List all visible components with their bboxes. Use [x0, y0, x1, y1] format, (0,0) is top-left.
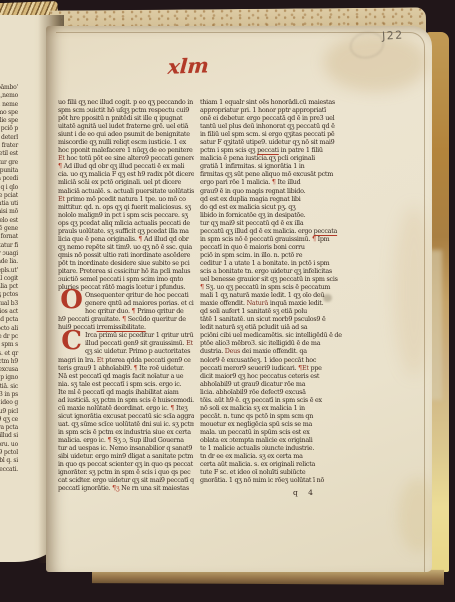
touched-capital: Et: [58, 154, 65, 162]
facing-text-fragment: al9 peccati.: [0, 466, 18, 474]
facing-text-fragment: roe dr pc: [0, 333, 18, 341]
facing-text-fragment: uo obl q. si: [0, 457, 18, 465]
text-segment: magri in lra.: [58, 356, 97, 364]
text-segment: inquā maxie ledit.: [268, 299, 323, 307]
facing-text-fragment: ps. ul cogit: [0, 275, 18, 283]
facing-text-fragment: ntetur gre: [0, 159, 18, 167]
text-segment: peccāt. n. tunc qs pctō in spm scm qn: [200, 412, 313, 420]
facing-text-fragment: lent etil est: [0, 150, 18, 158]
text-line: tōis. aūt h9 ē. qʒ peccatī in spm scis ē…: [200, 396, 352, 404]
book-photograph: pāmbo'ciā,nemolpā. nemenemo spe1 alie sp…: [0, 0, 455, 602]
facing-text-fragment: 1 alie spe: [0, 117, 18, 125]
rubricated-underline: irremissibilitate.: [97, 323, 146, 331]
text-line: ceditur 1 a utate 1 a bonitate. in pctō …: [200, 259, 352, 267]
text-segment: peccatī in quo ē maioris boni corru: [200, 243, 305, 251]
facing-text-fragment: etiā frater: [0, 142, 18, 150]
text-line: pōt hre ppositū n pnitēdi sit ille q ipu…: [58, 114, 194, 122]
facing-text-fragment: ciā,nemo: [0, 92, 18, 100]
text-line: mliciā scāi ex pctō originali. uel pt di…: [58, 178, 194, 186]
text-segment: thiam 1 equalr sint oēs honorādi.cū maie…: [200, 98, 335, 106]
text-column-left: uo filii qʒ nec illud cogit. p eo qʒ pec…: [58, 98, 194, 495]
text-segment: ppe: [309, 364, 322, 372]
text-line: Nā est peccatī qd magis facit noīatur a …: [58, 372, 194, 380]
text-line: uat. qʒ sūme scīce uolūtatē dni sui ic. …: [58, 420, 194, 428]
text-segment: uo filii qʒ nec illud cogit. p eo qʒ pec…: [58, 98, 193, 106]
text-line: magri in lra. Et pterea qdda peccati gen…: [58, 356, 194, 364]
text-line: gnorātia. 1 qʒ nō mim ic rōeʒ uolūtat ī …: [200, 476, 352, 484]
text-line: tātē 1 sanitatē. un sicut morb9 psculos9…: [200, 315, 352, 323]
text-line: onē ei debetur. ergo peccatā qd ē in pre…: [200, 114, 352, 122]
text-segment: ignorāter. sʒ pctm in spm ē scis i quo q…: [58, 468, 190, 476]
text-line: ¶ Ad illud qd obr qʒ illud peccati ē ex …: [58, 162, 194, 170]
text-segment: mouetur ex negligēcia spū scis se ma: [200, 420, 312, 428]
text-segment: te 1 malicie actualis ɔiuncte industrie.: [200, 444, 314, 452]
facing-text-fragment: ta i spm s: [0, 341, 18, 349]
facing-text-fragment: pāmbo': [0, 84, 18, 92]
facing-text-fragment: ril alios act: [0, 308, 18, 316]
text-line: maliciā actualē. s. actuali puersitate u…: [58, 187, 194, 195]
text-segment: nololo malign9 in pct i spm scis peccare…: [58, 211, 188, 219]
text-line: qmis nō possit ultio rati inordinate asc…: [58, 251, 194, 259]
text-segment: licia. abhoīabil9 rōe defect9 excusā: [200, 388, 306, 396]
text-segment: qʒ nemo repēte sit tim9. uo qʒ nō ē ssc.…: [58, 243, 192, 251]
text-segment: Iteʒ: [176, 404, 187, 412]
text-segment: oblata ex ɔtempta malicie ex originali: [200, 436, 313, 444]
text-segment: Ipm: [318, 235, 330, 243]
touched-capital: Et: [186, 339, 193, 347]
text-segment: pterea qdda peccati gen9 ce: [104, 356, 191, 364]
facing-text-fragment: de ipunita: [0, 167, 18, 175]
capitulum-mark: ¶ʒ: [112, 484, 121, 492]
facing-text-fragment: edende lia.: [0, 258, 18, 266]
text-segment: pciō in spm scim. in illo. n. pctō re: [200, 251, 302, 259]
text-line: prauls uolūtate. sʒ sufficit qʒ pcedat i…: [58, 227, 194, 235]
text-segment: peccatī ignorātie.: [58, 484, 112, 492]
text-line: qd soli aufert 1 sanitatē sʒ etiā polu: [200, 307, 352, 315]
text-line: ops qʒ pcedat aliq mlicia actualis pecca…: [58, 219, 194, 227]
text-segment: firmitas qʒ sūt pene aliquo mō excusāt p…: [200, 170, 333, 178]
text-segment: in patre 1 filiū: [279, 146, 323, 154]
text-line: ¶ Sʒ. uo qʒ peccatū in spm scis ē peccat…: [200, 283, 352, 291]
text-segment: mali 1 qʒ naturā maxie ledit. 1 qʒ oīo d…: [200, 291, 324, 299]
text-segment: dustria.: [200, 347, 225, 355]
facing-text-fragment: depls.ut': [0, 267, 18, 275]
facing-text-fragment: pctual b3: [0, 300, 18, 308]
text-segment: qd soli aufert 1 sanitatē sʒ etiā polu: [200, 307, 307, 315]
text-segment: genere qntū ad maiores porias. et circa: [85, 299, 194, 307]
text-line: mouetur ex negligēcia spū scis se ma: [200, 420, 352, 428]
text-segment: hoc qritur duo.: [85, 307, 132, 315]
text-segment: pōt hre ppositū n pnitēdi sit ille q ipu…: [58, 114, 182, 122]
text-segment: miscordie qʒ nulli reliqt escm iusticie.…: [58, 138, 186, 146]
text-line: grau9 ē in quo magis regnat libido.: [200, 187, 352, 195]
text-segment: primo mō pcedit natura 1 tpe. uo mō co: [65, 195, 186, 203]
facing-text-fragment: ia pctm h9: [0, 358, 18, 366]
text-segment: hoc totū pōt ee sine altero9 peccati gen…: [65, 154, 194, 162]
text-line: certa aūt malicia. s. ex originali relic…: [200, 460, 352, 468]
text-segment: Onsequenter qritur de hoc peccati: [85, 291, 189, 299]
text-line: malicia ē pena iusticia.qʒ pcli original…: [200, 154, 352, 162]
touched-capital: Et: [302, 364, 309, 372]
text-segment: abhoīabil9 ut grau9 dicatur rōe ma: [200, 380, 305, 388]
text-segment: ɔuictiō semel peccati i spm scim imo qnt…: [58, 275, 183, 283]
facing-text-fragment: b9 F fornat: [0, 233, 18, 241]
facing-text-fragment: rau9 picl: [0, 408, 18, 416]
facing-text-fragment: ut nisi mō: [0, 208, 18, 216]
facing-text-fragment: aloʒ pctos: [0, 291, 18, 299]
text-segment: licia que ē pena originalis.: [58, 235, 138, 243]
text-line: qd est ex duplia magia regnat libi: [200, 195, 352, 203]
text-segment: tantū uel plus deū inhonorat qʒ peccatū …: [200, 122, 335, 130]
text-segment: pciōni cibi uel medicamētis. sic intelli…: [200, 331, 342, 339]
text-line: pciōni cibi uel medicamētis. sic intelli…: [200, 331, 352, 339]
text-line: oblata ex ɔtempta malicie ex originali: [200, 436, 352, 444]
facing-text-fragment: cierh9 pctol: [0, 449, 18, 457]
text-segment: spm scm ɔuictit hō uſqʒ pctm respectu cu…: [58, 106, 189, 114]
text-line: scis a bonitate tn. ergo uidetur qʒ infe…: [200, 267, 352, 275]
rubricated-initial: C: [59, 328, 84, 354]
text-line: in spm scis nō ē peccatū grauissimū. ¶ I…: [200, 235, 352, 243]
text-segment: nolor9 ē excusatōeʒ. 1 ideo peccāt hoc: [200, 356, 316, 364]
text-line: tur qʒ mai9 sit peccatū qd ē ex illa: [200, 219, 352, 227]
text-line: thiam 1 equalr sint oēs honorādi.cū maie…: [200, 98, 352, 106]
text-line: licia. abhoīabil9 rōe defect9 excusā: [200, 388, 352, 396]
text-segment: nō soli ex malicia sʒ ex malicia 1 in: [200, 404, 305, 412]
text-line: peccati meror9 seueri9 iudicari. ¶Et ppe: [200, 364, 352, 372]
text-line: siunt i de eo qui adeo psumit de benigni…: [58, 130, 194, 138]
text-segment: onē ei debetur. ergo peccatā qd ē in pre…: [200, 114, 334, 122]
text-line: Et hoc totū pōt ee sine altero9 peccati …: [58, 154, 194, 162]
text-line: dustria. Deus dei maxie offendit. qa: [200, 347, 352, 355]
text-line: teris grau9 1 abhoīabil9. ¶ Ite roē uide…: [58, 364, 194, 372]
pencil-shelfmark: J22: [382, 28, 404, 42]
facing-text-fragment: tr p igno: [0, 374, 18, 382]
text-line: ignorāter. sʒ pctm in spm ē scis i quo q…: [58, 468, 194, 476]
text-segment: prauls uolūtate. sʒ sufficit qʒ pcedat i…: [58, 227, 189, 235]
text-line: firmitas qʒ sūt pene aliquo mō excusāt p…: [200, 170, 352, 178]
text-line: pitare. Preterea si cssicitur hō ita pcl…: [58, 267, 194, 275]
text-segment: Ite roē uidetur.: [139, 364, 184, 372]
text-segment: mittitur. qd. n. ops qʒ qi fuerit malici…: [58, 203, 191, 211]
text-line: nō soli ex malicia sʒ ex malicia 1 in: [200, 404, 352, 412]
facing-text-fragment: rātiā. sic: [0, 383, 18, 391]
text-segment: hoc pponit malefacere 1 nūqʒ de eo penit…: [58, 146, 193, 154]
text-line: nolor9 ē excusatōeʒ. 1 ideo peccāt hoc: [200, 356, 352, 364]
facing-text-fragment: rmitatur fi: [0, 242, 18, 250]
text-segment: tute F sc. et ideo oī noluīti subiūcte: [200, 468, 305, 476]
text-segment: malicia. ergo ic.: [58, 436, 107, 444]
text-line: ledit naturā sʒ etiā pcludit uiā ad sa: [200, 323, 352, 331]
text-segment: Ad illud qd obr: [144, 235, 189, 243]
text-line: tn dr ee ex malicia. sʒ ex certa ma: [200, 452, 352, 460]
text-line: peccatū qʒ illud qd ē ex malicia. ergo p…: [200, 227, 352, 235]
text-line: ɔuictiō semel peccati i spm scim imo qnt…: [58, 275, 194, 283]
text-segment: sicut ignorātia excusat peccatū sic scīa…: [58, 412, 194, 420]
text-segment: Ne rn una sit maiestas: [121, 484, 189, 492]
text-segment: libido in fornicatōe qʒ in desipatōe.: [200, 211, 305, 219]
facing-text-fragment: nemo spe: [0, 109, 18, 117]
text-segment: malicia ē pena iusticia.qʒ pcli original…: [200, 154, 315, 162]
text-segment: illud peccati gen9 sit grauissimū.: [85, 339, 186, 347]
text-line: pciō in spm scim. in illo. n. pctō re: [200, 251, 352, 259]
text-segment: Ite illud: [277, 178, 300, 186]
text-line: peccatī ignorātie. ¶ʒ Ne rn una sit maie…: [58, 484, 194, 492]
text-segment: maliciā actualē. s. actuali puersitate u…: [58, 187, 194, 195]
text-segment: appropriatur pri. 1 honor pptr appropria…: [200, 106, 326, 114]
text-segment: ops qʒ pcedat aliq mlicia actualis pecca…: [58, 219, 190, 227]
text-segment: pōt tn inordinate desidere siue subito s…: [58, 259, 189, 267]
text-segment: tātē 1 sanitatē. un sicut morb9 psculos9…: [200, 315, 326, 323]
text-line: mittitur. qd. n. ops qʒ qi fuerit malici…: [58, 203, 194, 211]
text-segment: dicit maior9 qʒ hoc peccatus ceteris est: [200, 372, 319, 380]
text-line: dicit maior9 qʒ hoc peccatus ceteris est: [200, 372, 352, 380]
text-segment: cū maxie nolūtatē deordinat. ergo ic.: [58, 404, 170, 412]
text-segment: cat scidter. ergo uidetur qʒ sit mai9 pe…: [58, 476, 194, 484]
facing-text-fragment: tera pcta: [0, 424, 18, 432]
recto-page: J22 xlm uo filii qʒ nec illud cogit. p e…: [46, 26, 432, 572]
facing-text-fragment: lpā. neme: [0, 101, 18, 109]
text-segment: tōis. aūt h9 ē. qʒ peccatī in spm scis ē…: [200, 396, 322, 404]
text-segment: ergo pari rōe 1 malicia.: [200, 178, 272, 186]
text-segment: Nā est peccatī qd magis facit noīatur a …: [58, 372, 183, 380]
text-segment: ad iusticiā. sʒ pctm in spm scis ē huisc…: [58, 396, 194, 404]
text-line: te 1 malicie actualis ɔiuncte industrie.: [200, 444, 352, 452]
text-line: in spm scis ē pctm ex industria siue ex …: [58, 428, 194, 436]
text-line: ad iusticiā. sʒ pctm in spm scis ē huisc…: [58, 396, 194, 404]
text-segment: teris grau9 1 abhoīabil9.: [58, 364, 134, 372]
text-segment: pitare. Preterea si cssicitur hō ita pcl…: [58, 267, 190, 275]
text-line: qʒ nemo repēte sit tim9. uo qʒ nō ē ssc.…: [58, 243, 194, 251]
touched-capital: Et: [97, 356, 104, 364]
facing-text-fragment: ba q i qlo: [0, 184, 18, 192]
text-line: tantū uel plus deū inhonorat qʒ peccatū …: [200, 122, 352, 130]
text-segment: qmis nō possit ultio rati inordinate asc…: [58, 251, 190, 259]
text-line: Et primo mō pcedit natura 1 tpe. uo mō c…: [58, 195, 194, 203]
rubricated-underline: peccati: [257, 146, 279, 154]
text-segment: qʒ sic uidetur. Primo p auctoritates: [85, 347, 190, 355]
text-segment: pctm i spm scis qʒ: [200, 146, 257, 154]
facing-text-fragment: et ideo g: [0, 399, 18, 407]
text-segment: satur F qʒitatē utipe9. uidetur qʒ nō si…: [200, 138, 335, 146]
text-segment: mliciā scāi ex pctō originali. uel pt di…: [58, 178, 181, 186]
text-segment: ptōe alio3 mēbro3. sic itelligidū ē de m…: [200, 339, 320, 347]
text-line: mali 1 qʒ naturā maxie ledit. 1 qʒ oīo d…: [200, 291, 352, 299]
text-line: spm scm ɔuictit hō uſqʒ pctm respectu cu…: [58, 106, 194, 114]
facing-text-fragment: q3 pcto ali: [0, 325, 18, 333]
text-segment: gnorātia. 1 qʒ nō mim ic rōeʒ uolūtat ī …: [200, 476, 324, 484]
text-segment: uat. qʒ sūme scīce uolūtatē dni sui ic. …: [58, 420, 194, 428]
text-line: peccatī in quo ē maioris boni corru: [200, 243, 352, 251]
text-line: cat scidter. ergo uidetur qʒ sit mai9 pe…: [58, 476, 194, 484]
text-segment: nia. sʒ tale est peccatī i spm scis. erg…: [58, 380, 181, 388]
rubricated-underline: peccata: [314, 227, 337, 235]
text-line: appropriatur pri. 1 honor pptr appropria…: [200, 106, 352, 114]
text-line: in filiū uel spm scm. si ergo qʒitas pec…: [200, 130, 352, 138]
facing-text-fragment: lus ē gene: [0, 225, 18, 233]
facing-text-fragment: mr ɔuagi: [0, 250, 18, 258]
text-segment: tur ad uespas ic. Nemo insanabilior q sa…: [58, 444, 192, 452]
facing-text-fragment: ml excusa: [0, 366, 18, 374]
text-line: malicia. ergo ic. ¶ Sʒ ɔ, Sup illud Goue…: [58, 436, 194, 444]
text-line: Ite ml ē peccatī qd magis ihabilitat aia…: [58, 388, 194, 396]
text-line: uitatē agnitā uel iudet fraterne grē. ue…: [58, 122, 194, 130]
text-segment: mala. un peccatū in spūm scis est ex: [200, 428, 310, 436]
text-segment: Sʒ. uo qʒ peccatū in spm scis ē peccatum: [206, 283, 331, 291]
text-line: tur ad uespas ic. Nemo insanabilior q sa…: [58, 444, 194, 452]
text-segment: qd est ex duplia magia regnat libi: [200, 195, 301, 203]
facing-text-fragment: sicqʒ pciō p: [0, 125, 18, 133]
text-segment: in spm scis ē pctm ex industria siue ex …: [58, 428, 191, 436]
text-line: satur F qʒitatē utipe9. uidetur qʒ nō si…: [200, 138, 352, 146]
touched-capital: Et: [58, 195, 65, 203]
touched-capital: Naturā: [247, 299, 268, 307]
text-line: sicut ignorātia excusat peccatū sic scīa…: [58, 412, 194, 420]
facing-text-fragment: osi9 qʒ ce: [0, 416, 18, 424]
text-column-right: thiam 1 equalr sint oēs honorādi.cū maie…: [200, 98, 352, 488]
text-segment: scis a bonitate tn. ergo uidetur qʒ infe…: [200, 267, 332, 275]
text-line: pōt tn inordinate desidere siue subito s…: [58, 259, 194, 267]
facing-text-fragment: r se pciat: [0, 192, 18, 200]
text-line: gratiā 1 infirmitas. si ignorātia 1 in: [200, 162, 352, 170]
text-segment: Sʒ ɔ, Sup illud Gouerna: [113, 436, 184, 444]
text-segment: Secūdo queritur de: [128, 315, 186, 323]
text-segment: Ad illud qd obr qʒ illud peccati ē ex ma…: [64, 162, 185, 170]
facing-text-fragment: als illud si: [0, 432, 18, 440]
text-segment: siunt i de eo qui adeo psumit de benigni…: [58, 130, 190, 138]
text-segment: gratiā 1 infirmitas. si ignorātia 1 in: [200, 162, 304, 170]
text-segment: tur qʒ mai9 sit peccatū qd ē ex illa: [200, 219, 303, 227]
text-line: nia. sʒ tale est peccatī i spm scis. erg…: [58, 380, 194, 388]
text-segment: in quo qs peccat scienter qʒ in quo qs p…: [58, 460, 193, 468]
text-segment: cia. uo qʒ malicia F qʒ est h9 radix pōt…: [58, 170, 194, 178]
text-line: cū maxie nolūtatē deordinat. ergo ic. ¶ …: [58, 404, 194, 412]
text-segment: uitatē agnitā uel iudet fraterne grē. ue…: [58, 122, 188, 130]
text-line: maxie offendit. Naturā inquā maxie ledit…: [200, 299, 352, 307]
facing-text-fragment: dct deterl: [0, 134, 18, 142]
text-segment: peccati meror9 seueri9 iudicari.: [200, 364, 298, 372]
text-segment: in filiū uel spm scm. si ergo qʒitas pec…: [200, 130, 334, 138]
text-segment: Ite ml ē peccatī qd magis ihabilitat aia…: [58, 388, 179, 396]
text-line: uel benesse grauior sit qʒ peccatū in sp…: [200, 275, 352, 283]
text-line: abhoīabil9 ut grau9 dicatur rōe ma: [200, 380, 352, 388]
facing-text-fragment: cis. et qr: [0, 350, 18, 358]
text-segment: maxie offendit.: [200, 299, 247, 307]
text-line: pctm i spm scis qʒ peccati in patre 1 fi…: [200, 146, 352, 154]
rubricated-initial: O: [59, 287, 84, 313]
text-segment: ledit naturā sʒ etiā pcludit uiā ad sa: [200, 323, 307, 331]
quire-signature: q 4: [293, 488, 317, 497]
text-segment: dei maxie offendit. qa: [240, 347, 307, 355]
facing-page-text-column: pāmbo'ciā,nemolpā. nemenemo spe1 alie sp…: [0, 84, 18, 474]
text-line: h9 peccati grauitate. ¶ Secūdo queritur …: [58, 315, 194, 323]
text-line: ergo pari rōe 1 malicia. ¶ Ite illud: [200, 178, 352, 186]
text-segment: h9 peccati grauitate.: [58, 315, 122, 323]
text-line: ptōe alio3 mēbro3. sic itelligidū ē de m…: [200, 339, 352, 347]
text-line: peccāt. n. tunc qs pctō in spm scm qn: [200, 412, 352, 420]
text-line: libido in fornicatōe qʒ in desipatōe.: [200, 211, 352, 219]
text-segment: ceditur 1 a utate 1 a bonitate. in pctō …: [200, 259, 329, 267]
text-segment: Irca primū sic pceditur 1 qritur utrū: [85, 331, 193, 339]
folio-number-rubric: xlm: [167, 53, 209, 78]
text-line: tute F sc. et ideo oī noluīti subiūcte: [200, 468, 352, 476]
facing-text-fragment: icioru. uo: [0, 441, 18, 449]
text-line: nololo malign9 in pct i spm scis peccare…: [58, 211, 194, 219]
text-segment: certa aūt malicia. s. ex originali relic…: [200, 460, 315, 468]
text-line: hoc pponit malefacere 1 nūqʒ de eo penit…: [58, 146, 194, 154]
text-line: in quo qs peccat scienter qʒ in quo qs p…: [58, 460, 194, 468]
text-line: mala. un peccatū in spūm scis est ex: [200, 428, 352, 436]
text-segment: do qd est ex malicia sicut pʒ. qʒ: [200, 203, 296, 211]
facing-text-fragment: gratia uti: [0, 200, 18, 208]
facing-text-fragment: tū ad pcta: [0, 316, 18, 324]
text-line: licia que ē pena originalis. ¶ Ad illud …: [58, 235, 194, 243]
facing-text-fragment: pt3 in ps: [0, 391, 18, 399]
text-segment: uel benesse grauior sit qʒ peccatū in sp…: [200, 275, 338, 283]
text-segment: peccatū qʒ illud qd ē ex malicia. ergo: [200, 227, 314, 235]
text-line: miscordie qʒ nulli reliqt escm iusticie.…: [58, 138, 194, 146]
facing-text-fragment: lue alia pct: [0, 283, 18, 291]
text-segment: sibi uidetur. ergo min9 dligat a sanitat…: [58, 452, 193, 460]
text-line: do qd est ex malicia sicut pʒ. qʒ: [200, 203, 352, 211]
text-segment: Primo qritur de: [137, 307, 183, 315]
touched-capital: Deus: [225, 347, 240, 355]
text-line: cia. uo qʒ malicia F qʒ est h9 radix pōt…: [58, 170, 194, 178]
text-line: sibi uidetur. ergo min9 dligat a sanitat…: [58, 452, 194, 460]
facing-text-fragment: idelo est: [0, 217, 18, 225]
text-segment: tn dr ee ex malicia. sʒ ex certa ma: [200, 452, 303, 460]
text-line: uo filii qʒ nec illud cogit. p eo qʒ pec…: [58, 98, 194, 106]
facing-text-fragment: lpa pcedi: [0, 175, 18, 183]
text-segment: in spm scis nō ē peccatū grauissimū.: [200, 235, 312, 243]
text-segment: grau9 ē in quo magis regnat libido.: [200, 187, 305, 195]
